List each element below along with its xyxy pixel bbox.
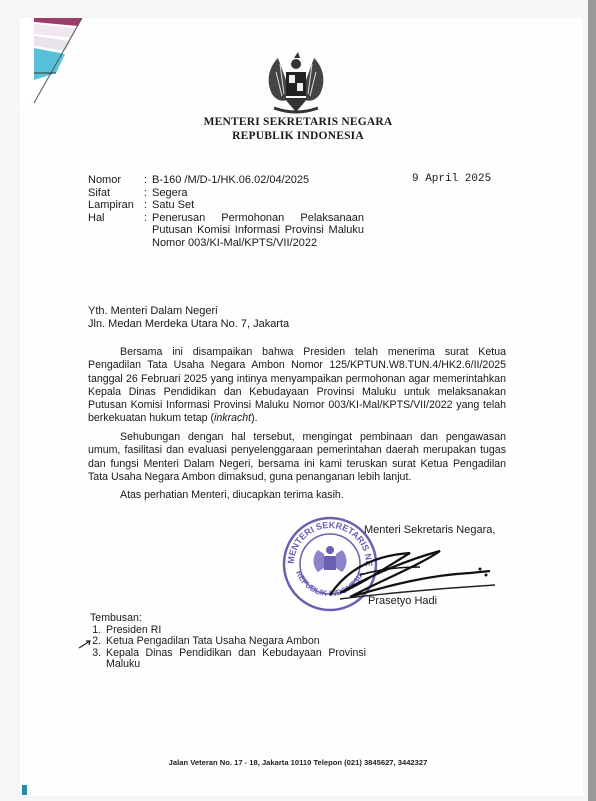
folder-corner-graphic [20,18,92,113]
paragraph-text: Bersama ini disampaikan bahwa Presiden t… [88,346,506,424]
footer-address: Jalan Veteran No. 17 - 18, Jakarta 10110… [0,758,596,767]
paragraph-text: Sehubungan dengan hal tersebut, menginga… [88,431,506,483]
cc-label: Tembusan: [90,613,366,625]
carbon-copy-list: Tembusan: Presiden RI Ketua Pengadilan T… [90,613,366,671]
letterhead-title: MENTERI SEKRETARIS NEGARA [0,116,596,128]
signatory-name: Prasetyo Hadi [368,595,437,607]
meta-label: Hal [88,212,144,250]
signatory-title: Menteri Sekretaris Negara, [364,524,495,536]
meta-row-sifat: Sifat : Segera [88,187,364,200]
meta-colon: : [144,174,152,187]
body-paragraph-2: Sehubungan dengan hal tersebut, menginga… [88,431,506,484]
paragraph-italic: inkracht [214,412,251,424]
body-paragraph-3: Atas perhatian Menteri, diucapkan terima… [88,489,506,502]
scan-edge-mark [22,785,27,795]
cc-item: Kepala Dinas Pendidikan dan Kebudayaan P… [104,648,366,671]
meta-row-hal: Hal : Penerusan Permohonan Pelaksanaan P… [88,212,364,250]
meta-row-lampiran: Lampiran : Satu Set [88,199,364,212]
recipient-line: Yth. Menteri Dalam Negeri [88,305,289,318]
meta-label: Lampiran [88,199,144,212]
recipient-address: Yth. Menteri Dalam Negeri Jln. Medan Mer… [88,305,289,331]
meta-label: Nomor [88,174,144,187]
body-paragraph-1: Bersama ini disampaikan bahwa Presiden t… [88,346,506,426]
meta-colon: : [144,212,152,250]
meta-row-nomor: Nomor : B-160 /M/D-1/HK.06.02/04/2025 [88,174,364,187]
paragraph-text: ). [251,412,257,424]
letterhead-subtitle: REPUBLIK INDONESIA [0,130,596,142]
meta-label: Sifat [88,187,144,200]
meta-value: B-160 /M/D-1/HK.06.02/04/2025 [152,174,364,187]
letter-meta: Nomor : B-160 /M/D-1/HK.06.02/04/2025 Si… [88,174,364,249]
meta-colon: : [144,199,152,212]
meta-value: Segera [152,187,364,200]
paragraph-text: Atas perhatian Menteri, diucapkan terima… [120,489,344,501]
recipient-line: Jln. Medan Merdeka Utara No. 7, Jakarta [88,318,289,331]
garuda-emblem-icon [256,50,336,118]
meta-value: Penerusan Permohonan Pelaksanaan Putusan… [152,212,364,250]
meta-colon: : [144,187,152,200]
letter-date: 9 April 2025 [412,173,491,185]
meta-value: Satu Set [152,199,364,212]
